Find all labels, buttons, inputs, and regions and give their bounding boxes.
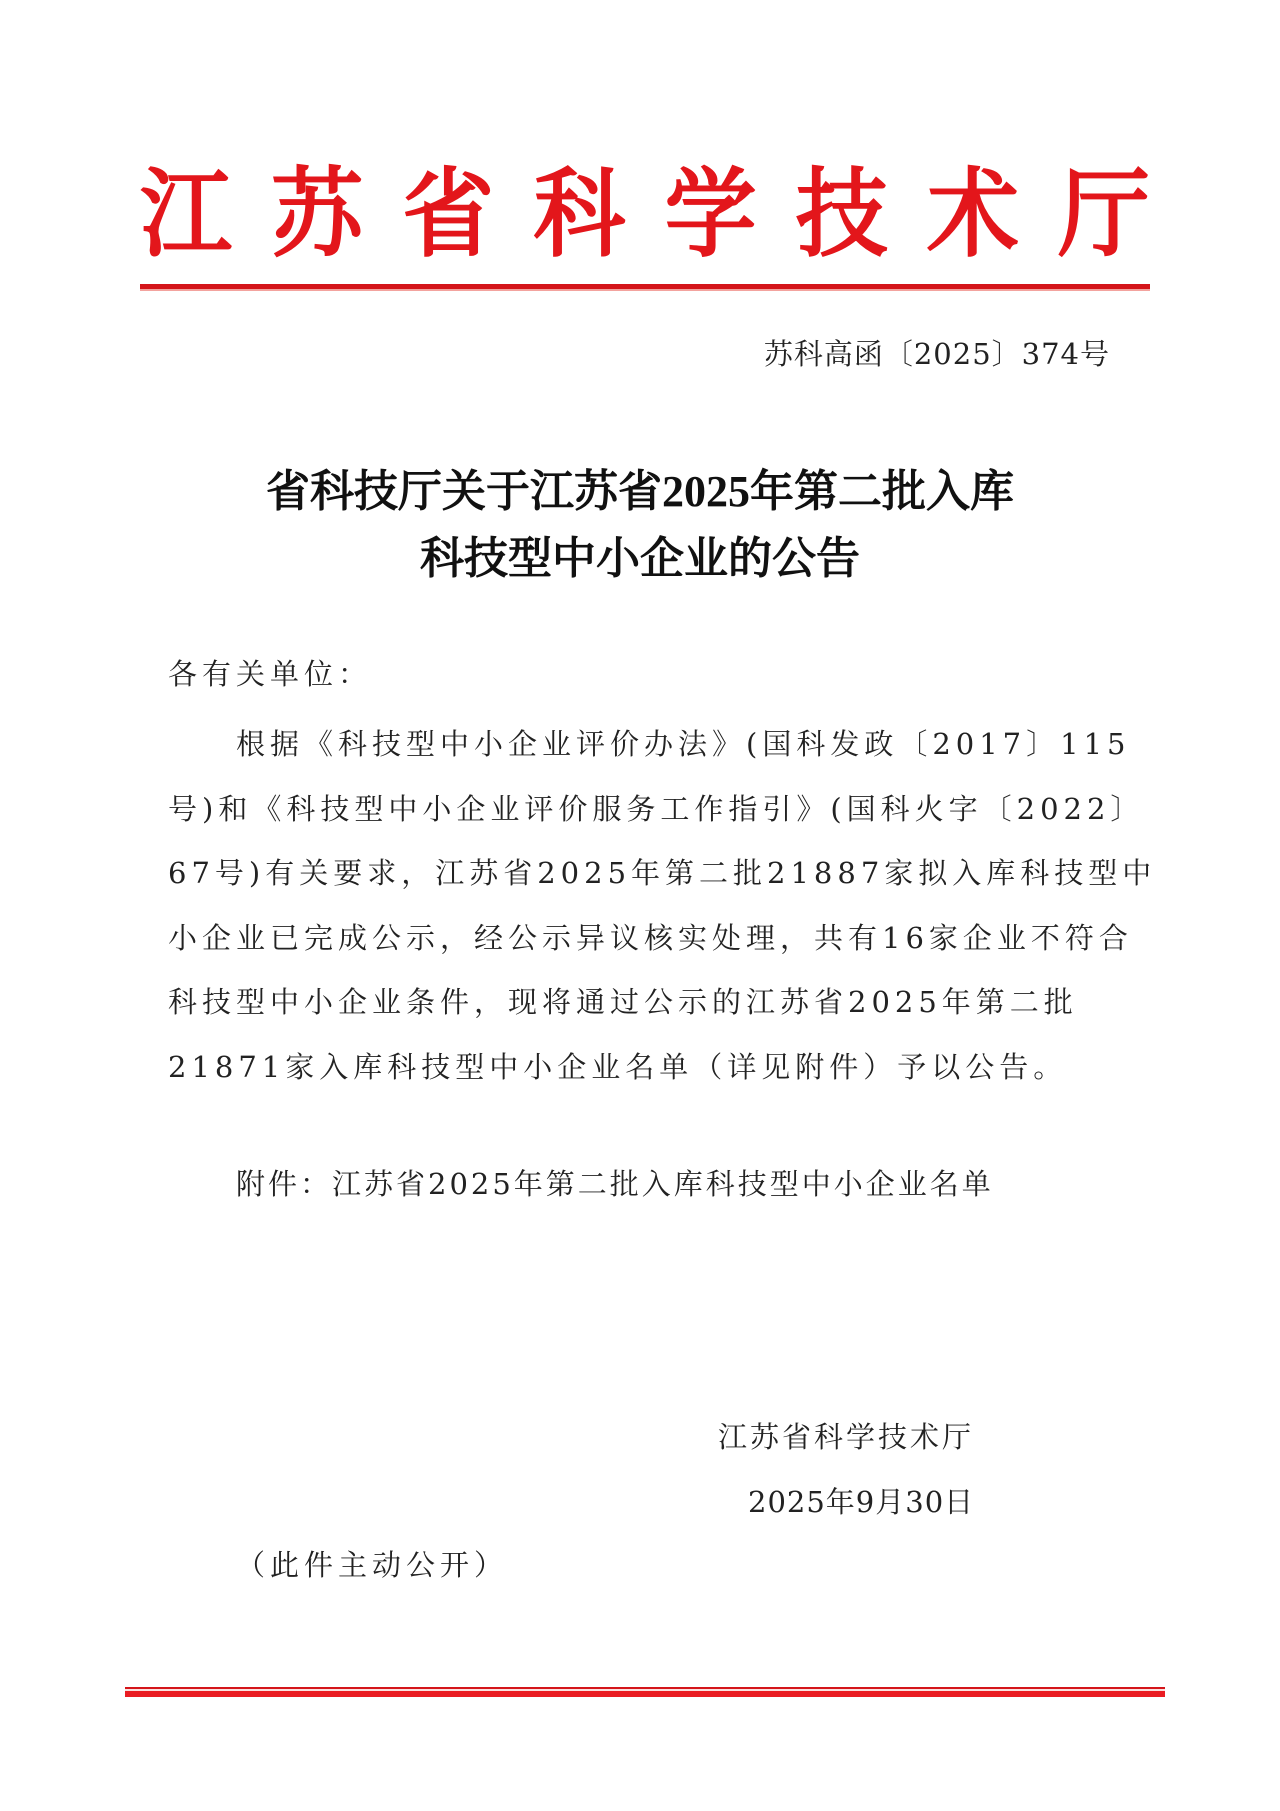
salutation: 各有关单位： xyxy=(168,652,1118,693)
divider xyxy=(140,289,1150,291)
masthead-char: 省 xyxy=(402,167,494,264)
document-title-line-1: 省科技厅关于江苏省2025年第二批入库 xyxy=(0,455,1280,519)
paragraph-line: 67号)有关要求，江苏省2025年第二批21887家拟入库科技型中 xyxy=(168,841,1118,906)
document-title-line-2: 科技型中小企业的公告 xyxy=(0,522,1280,586)
masthead-char: 技 xyxy=(796,167,888,264)
paragraph-line: 号)和《科技型中小企业评价服务工作指引》(国科火字〔2022〕 xyxy=(168,777,1118,842)
masthead-char: 科 xyxy=(533,167,625,264)
masthead-char: 江 xyxy=(140,167,232,264)
body-paragraph: 根据《科技型中小企业评价办法》(国科发政〔2017〕115 号)和《科技型中小企… xyxy=(168,712,1118,1099)
signature-date: 2025年9月30日 xyxy=(748,1480,974,1521)
masthead-char: 厅 xyxy=(1058,167,1150,264)
disclosure-note: （此件主动公开） xyxy=(236,1543,508,1584)
divider xyxy=(125,1691,1165,1697)
attachment-note: 附件：江苏省2025年第二批入库科技型中小企业名单 xyxy=(236,1162,994,1203)
paragraph-line: 根据《科技型中小企业评价办法》(国科发政〔2017〕115 xyxy=(168,712,1118,777)
paragraph-line: 21871家入库科技型中小企业名单（详见附件）予以公告。 xyxy=(168,1035,1118,1100)
signature-organization: 江苏省科学技术厅 xyxy=(718,1415,974,1456)
paragraph-line: 科技型中小企业条件，现将通过公示的江苏省2025年第二批 xyxy=(168,970,1118,1035)
masthead-title: 江 苏 省 科 学 技 术 厅 xyxy=(140,160,1150,270)
masthead-char: 苏 xyxy=(271,167,363,264)
header-red-rule xyxy=(140,284,1150,291)
document-page: 江 苏 省 科 学 技 术 厅 苏科高函〔2025〕374号 省科技厅关于江苏省… xyxy=(0,0,1280,1811)
masthead-char: 学 xyxy=(665,167,757,264)
footer-red-rule xyxy=(125,1687,1165,1697)
paragraph-line: 小企业已完成公示，经公示异议核实处理，共有16家企业不符合 xyxy=(168,906,1118,971)
masthead-char: 术 xyxy=(927,167,1019,264)
document-number: 苏科高函〔2025〕374号 xyxy=(764,332,1110,373)
